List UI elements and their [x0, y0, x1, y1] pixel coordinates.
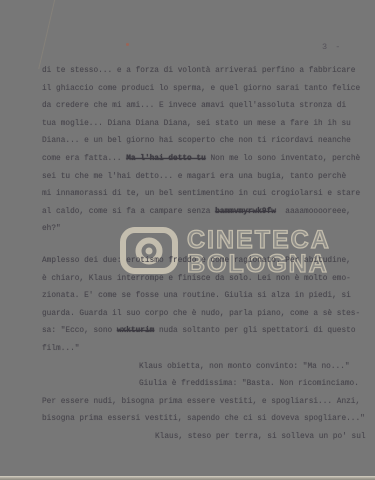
- text-segment: il ghiaccio come produci lo sperma, e qu…: [42, 85, 360, 93]
- text-segment: Per essere nudi, bisogna prima essere ve…: [42, 398, 360, 406]
- overstruck-text: Ma l'hai detto tu: [126, 155, 206, 163]
- page-number: 3 -: [322, 42, 342, 52]
- text-segment: zionata. E' come se fosse una routine. G…: [42, 292, 351, 300]
- text-line: guarda. Guarda il suo corpo che è nudo, …: [42, 306, 368, 324]
- text-segment: come era fatta...: [42, 155, 126, 163]
- text-segment: mi innamorassi di te, un bel sentimentin…: [42, 190, 360, 198]
- paper-crease: [38, 0, 57, 69]
- text-segment: nuda soltanto per gli spettatori di ques…: [154, 327, 355, 335]
- text-segment: Non me lo sono inventato, perchè: [206, 155, 360, 163]
- text-line: eh?": [42, 221, 368, 239]
- text-segment: eh?": [42, 225, 61, 233]
- text-segment: Giulia è freddissima: "Basta. Non ricomi…: [139, 380, 359, 388]
- text-line: zionata. E' come se fosse una routine. G…: [42, 288, 368, 306]
- text-line: come era fatta... Ma l'hai detto tu Non …: [42, 151, 368, 169]
- text-segment: sei tu che me l'hai detto... e magari er…: [42, 173, 346, 181]
- text-segment: sa: "Ecco, sono: [42, 327, 117, 335]
- text-line: film...": [42, 341, 368, 359]
- text-segment: aaaamooooreee,: [276, 208, 351, 216]
- text-line: Per essere nudi, bisogna prima essere ve…: [42, 394, 368, 412]
- paper-bottom-edge: [0, 476, 375, 480]
- text-line: è chiaro, Klaus interrompe e finisce da …: [42, 271, 368, 289]
- text-segment: Klaus, steso per terra, si solleva un po…: [155, 433, 366, 441]
- text-segment: guarda. Guarda il suo corpo che è nudo, …: [42, 310, 360, 318]
- text-line: il ghiaccio come produci lo sperma, e qu…: [42, 81, 368, 99]
- text-segment: di te stesso... e a forza di volontà arr…: [42, 67, 356, 75]
- scanned-typewritten-page: 3 - CINETECA BOLOGNA di te stesso... e a…: [0, 0, 375, 480]
- text-line: tua moglie... Diana Diana Diana, sei sta…: [42, 116, 368, 134]
- text-segment: film...": [42, 345, 79, 353]
- text-segment: Amplesso dei due: erotismo freddo e come…: [42, 257, 351, 265]
- text-line: Klaus obietta, non monto convinto: "Ma n…: [42, 359, 368, 377]
- text-segment: tua moglie... Diana Diana Diana, sei sta…: [42, 120, 351, 128]
- overstruck-text: bammvmyrwk9fw: [215, 208, 276, 216]
- text-line: Amplesso dei due: erotismo freddo e come…: [42, 253, 368, 271]
- text-line: mi innamorassi di te, un bel sentimentin…: [42, 186, 368, 204]
- text-line: Klaus, steso per terra, si solleva un po…: [42, 429, 368, 447]
- text-line: Diana... e un bel giorno hai scoperto ch…: [42, 133, 368, 151]
- text-segment: bisogna prima essersi vestiti, sapendo c…: [42, 415, 365, 423]
- text-segment: Diana... e un bel giorno hai scoperto ch…: [42, 137, 351, 145]
- text-line: da credere che mi ami... E invece amavi …: [42, 98, 368, 116]
- text-segment: al caldo, come si fa a campare senza: [42, 208, 215, 216]
- text-line: al caldo, come si fa a campare senza bam…: [42, 204, 368, 222]
- text-line: Giulia è freddissima: "Basta. Non ricomi…: [42, 376, 368, 394]
- paper-speck: [126, 43, 129, 46]
- text-segment: da credere che mi ami... E invece amavi …: [42, 102, 346, 110]
- overstruck-text: wxkturim: [117, 327, 154, 335]
- typewritten-text: di te stesso... e a forza di volontà arr…: [42, 63, 368, 446]
- text-segment: è chiaro, Klaus interrompe e finisce da …: [42, 275, 351, 283]
- text-line: sa: "Ecco, sono wxkturim nuda soltanto p…: [42, 323, 368, 341]
- text-line: bisogna prima essersi vestiti, sapendo c…: [42, 411, 368, 429]
- text-line: sei tu che me l'hai detto... e magari er…: [42, 169, 368, 187]
- text-line: di te stesso... e a forza di volontà arr…: [42, 63, 368, 81]
- text-segment: Klaus obietta, non monto convinto: "Ma n…: [139, 363, 350, 371]
